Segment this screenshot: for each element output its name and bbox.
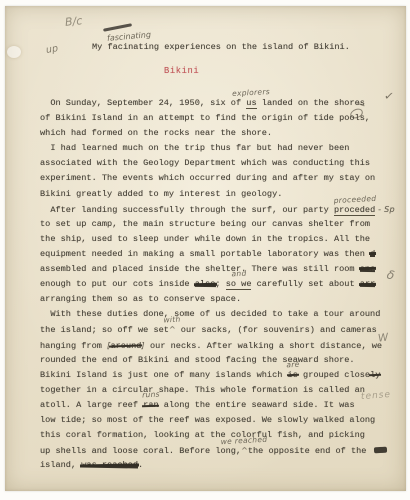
typed-segment: hanging from <box>40 341 107 351</box>
typed-line: I had learned much on the trip thus far … <box>40 141 395 156</box>
typed-segment: landed on the shores <box>257 98 365 108</box>
handwritten-inline-mark: ^with <box>169 325 176 334</box>
typed-segment: carefully set about <box>251 279 359 289</box>
typed-segment: grouped close <box>298 370 370 380</box>
typed-segment: to set up camp, the main structure being… <box>40 219 370 229</box>
typed-line: arranging them so as to conserve space. <box>40 292 395 307</box>
typed-segment: so weand <box>226 279 252 290</box>
struck-text: ranruns <box>143 400 158 410</box>
typed-segment: atoll. A large reef <box>40 400 143 410</box>
manuscript-paper: B/c up fascinating My facinating experie… <box>5 6 406 491</box>
typed-segment: together in a circular shape. This whole… <box>40 385 365 395</box>
typed-segment: which had formed on the rocks near the s… <box>40 128 272 138</box>
typed-segment: ; <box>215 279 225 289</box>
essay-title: My facinating experiences on the island … <box>92 42 350 52</box>
handwritten-inline-mark: ^we reached <box>241 446 248 455</box>
struck-text: was reached <box>81 460 138 470</box>
typed-segment: the island; so off we set <box>40 325 169 335</box>
typed-line: hanging from [around] our necks. After w… <box>40 338 395 353</box>
typed-line: the island; so off we set^with our sacks… <box>40 322 395 337</box>
struck-text: also <box>195 279 216 289</box>
section-heading: Bikini <box>164 66 199 76</box>
typed-line: assembled and placed inside the shelter.… <box>40 262 395 277</box>
struck-text: one <box>360 264 375 274</box>
typed-line: After landing successfully through the s… <box>40 202 395 217</box>
typed-segment: usexplorers <box>246 98 256 109</box>
typed-segment: the ship, used to sleep under while down… <box>40 234 370 244</box>
typed-segment: After landing successfully through the s… <box>40 205 334 215</box>
typed-segment: up shells and loose coral. Before long, <box>40 446 241 456</box>
tense-margin-note: tense <box>361 390 392 402</box>
typed-segment: experiences on the island of Bikini. <box>159 42 350 52</box>
typed-segment: of Bikini Island in an attempt to find t… <box>40 113 370 123</box>
typed-segment: rounded the end of Bikini and stood faci… <box>40 355 355 365</box>
typed-line: together in a circular shape. This whole… <box>40 383 395 398</box>
typed-segment: experiment. The events which occurred du… <box>40 173 375 183</box>
typed-line: to set up camp, the main structure being… <box>40 217 395 232</box>
typed-segment: arranging them so as to conserve space. <box>40 294 241 304</box>
typed-line: island, was reached. <box>40 458 395 473</box>
scanned-page-photo: B/c up fascinating My facinating experie… <box>0 0 410 500</box>
typed-line: the ship, used to sleep under while down… <box>40 232 395 247</box>
typed-segment: My <box>92 42 107 52</box>
typed-segment: the opposite end of the <box>248 446 372 456</box>
handwritten-spelling-correction: fascinating <box>107 30 152 43</box>
typed-segment: low tide; so most of the reef was expose… <box>40 415 375 425</box>
typed-segment: enough to put our cots inside <box>40 279 195 289</box>
typed-segment: Bikini greatly added to my interest in g… <box>40 189 282 199</box>
ink-blot <box>373 447 386 454</box>
typed-segment: along the entire seaward side. It was <box>159 400 355 410</box>
struck-text: d <box>370 249 375 259</box>
typed-segment: associated with the Geology Department w… <box>40 158 370 168</box>
handwritten-correction: and <box>231 266 247 282</box>
typed-segment: our necks. After walking a short distanc… <box>145 341 382 351</box>
typed-line: enough to put our cots inside also; so w… <box>40 277 395 292</box>
typed-segment: this coral formation, looking at the col… <box>40 430 365 440</box>
typed-segment: island, <box>40 460 81 470</box>
typed-segment: Bikini Island is just one of many island… <box>40 370 288 380</box>
handwritten-correction: proceeded <box>333 190 376 207</box>
typed-segment: assembled and placed inside the shelter.… <box>40 264 360 274</box>
typed-line: equipment needed in making a small porta… <box>40 247 395 262</box>
struck-text: arr <box>360 279 375 289</box>
typed-line: which had formed on the rocks near the s… <box>40 126 395 141</box>
typed-line: associated with the Geology Department w… <box>40 156 395 171</box>
typed-segment: procededproceeded <box>334 205 375 216</box>
handwritten-corner-code: B/c <box>64 14 83 29</box>
handwritten-correction: runs <box>142 386 160 402</box>
typed-line: up shells and loose coral. Before long,^… <box>40 443 395 458</box>
typed-segment: equipment needed in making a small porta… <box>40 249 370 259</box>
struck-text: ly <box>370 370 380 380</box>
pencil-dash-mark <box>103 23 132 31</box>
typed-segment: With these duties done, some of us decid… <box>40 309 380 319</box>
handwritten-margin-note-up: up <box>45 43 59 56</box>
typed-segment: our sacks, (for souvenirs) and cameras <box>176 325 377 335</box>
handwritten-inline-mark: - Sp <box>375 205 395 214</box>
typed-segment: facinating <box>107 42 159 52</box>
typed-line: rounded the end of Bikini and stood faci… <box>40 353 395 368</box>
typed-line: Bikini Island is just one of many island… <box>40 368 395 383</box>
typed-line: atoll. A large reef ranruns along the en… <box>40 398 395 413</box>
typed-line: With these duties done, some of us decid… <box>40 307 395 322</box>
typed-line: experiment. The events which occurred du… <box>40 171 395 186</box>
typed-segment: . <box>138 460 143 470</box>
typed-segment: I had learned much on the trip thus far … <box>40 143 349 153</box>
typed-body: On Sunday, September 24, 1950, six of us… <box>40 96 395 473</box>
typed-line: low tide; so most of the reef was expose… <box>40 413 395 428</box>
typed-segment: On Sunday, September 24, 1950, six of <box>40 98 246 108</box>
typed-line: of Bikini Island in an attempt to find t… <box>40 111 395 126</box>
paper-smudge <box>7 46 21 58</box>
struck-text: around <box>110 341 141 351</box>
wording-margin-mark: W <box>377 331 389 344</box>
struck-text: isare <box>288 370 298 380</box>
typed-line: this coral formation, looking at the col… <box>40 428 395 443</box>
typed-line: On Sunday, September 24, 1950, six of us… <box>40 96 395 111</box>
